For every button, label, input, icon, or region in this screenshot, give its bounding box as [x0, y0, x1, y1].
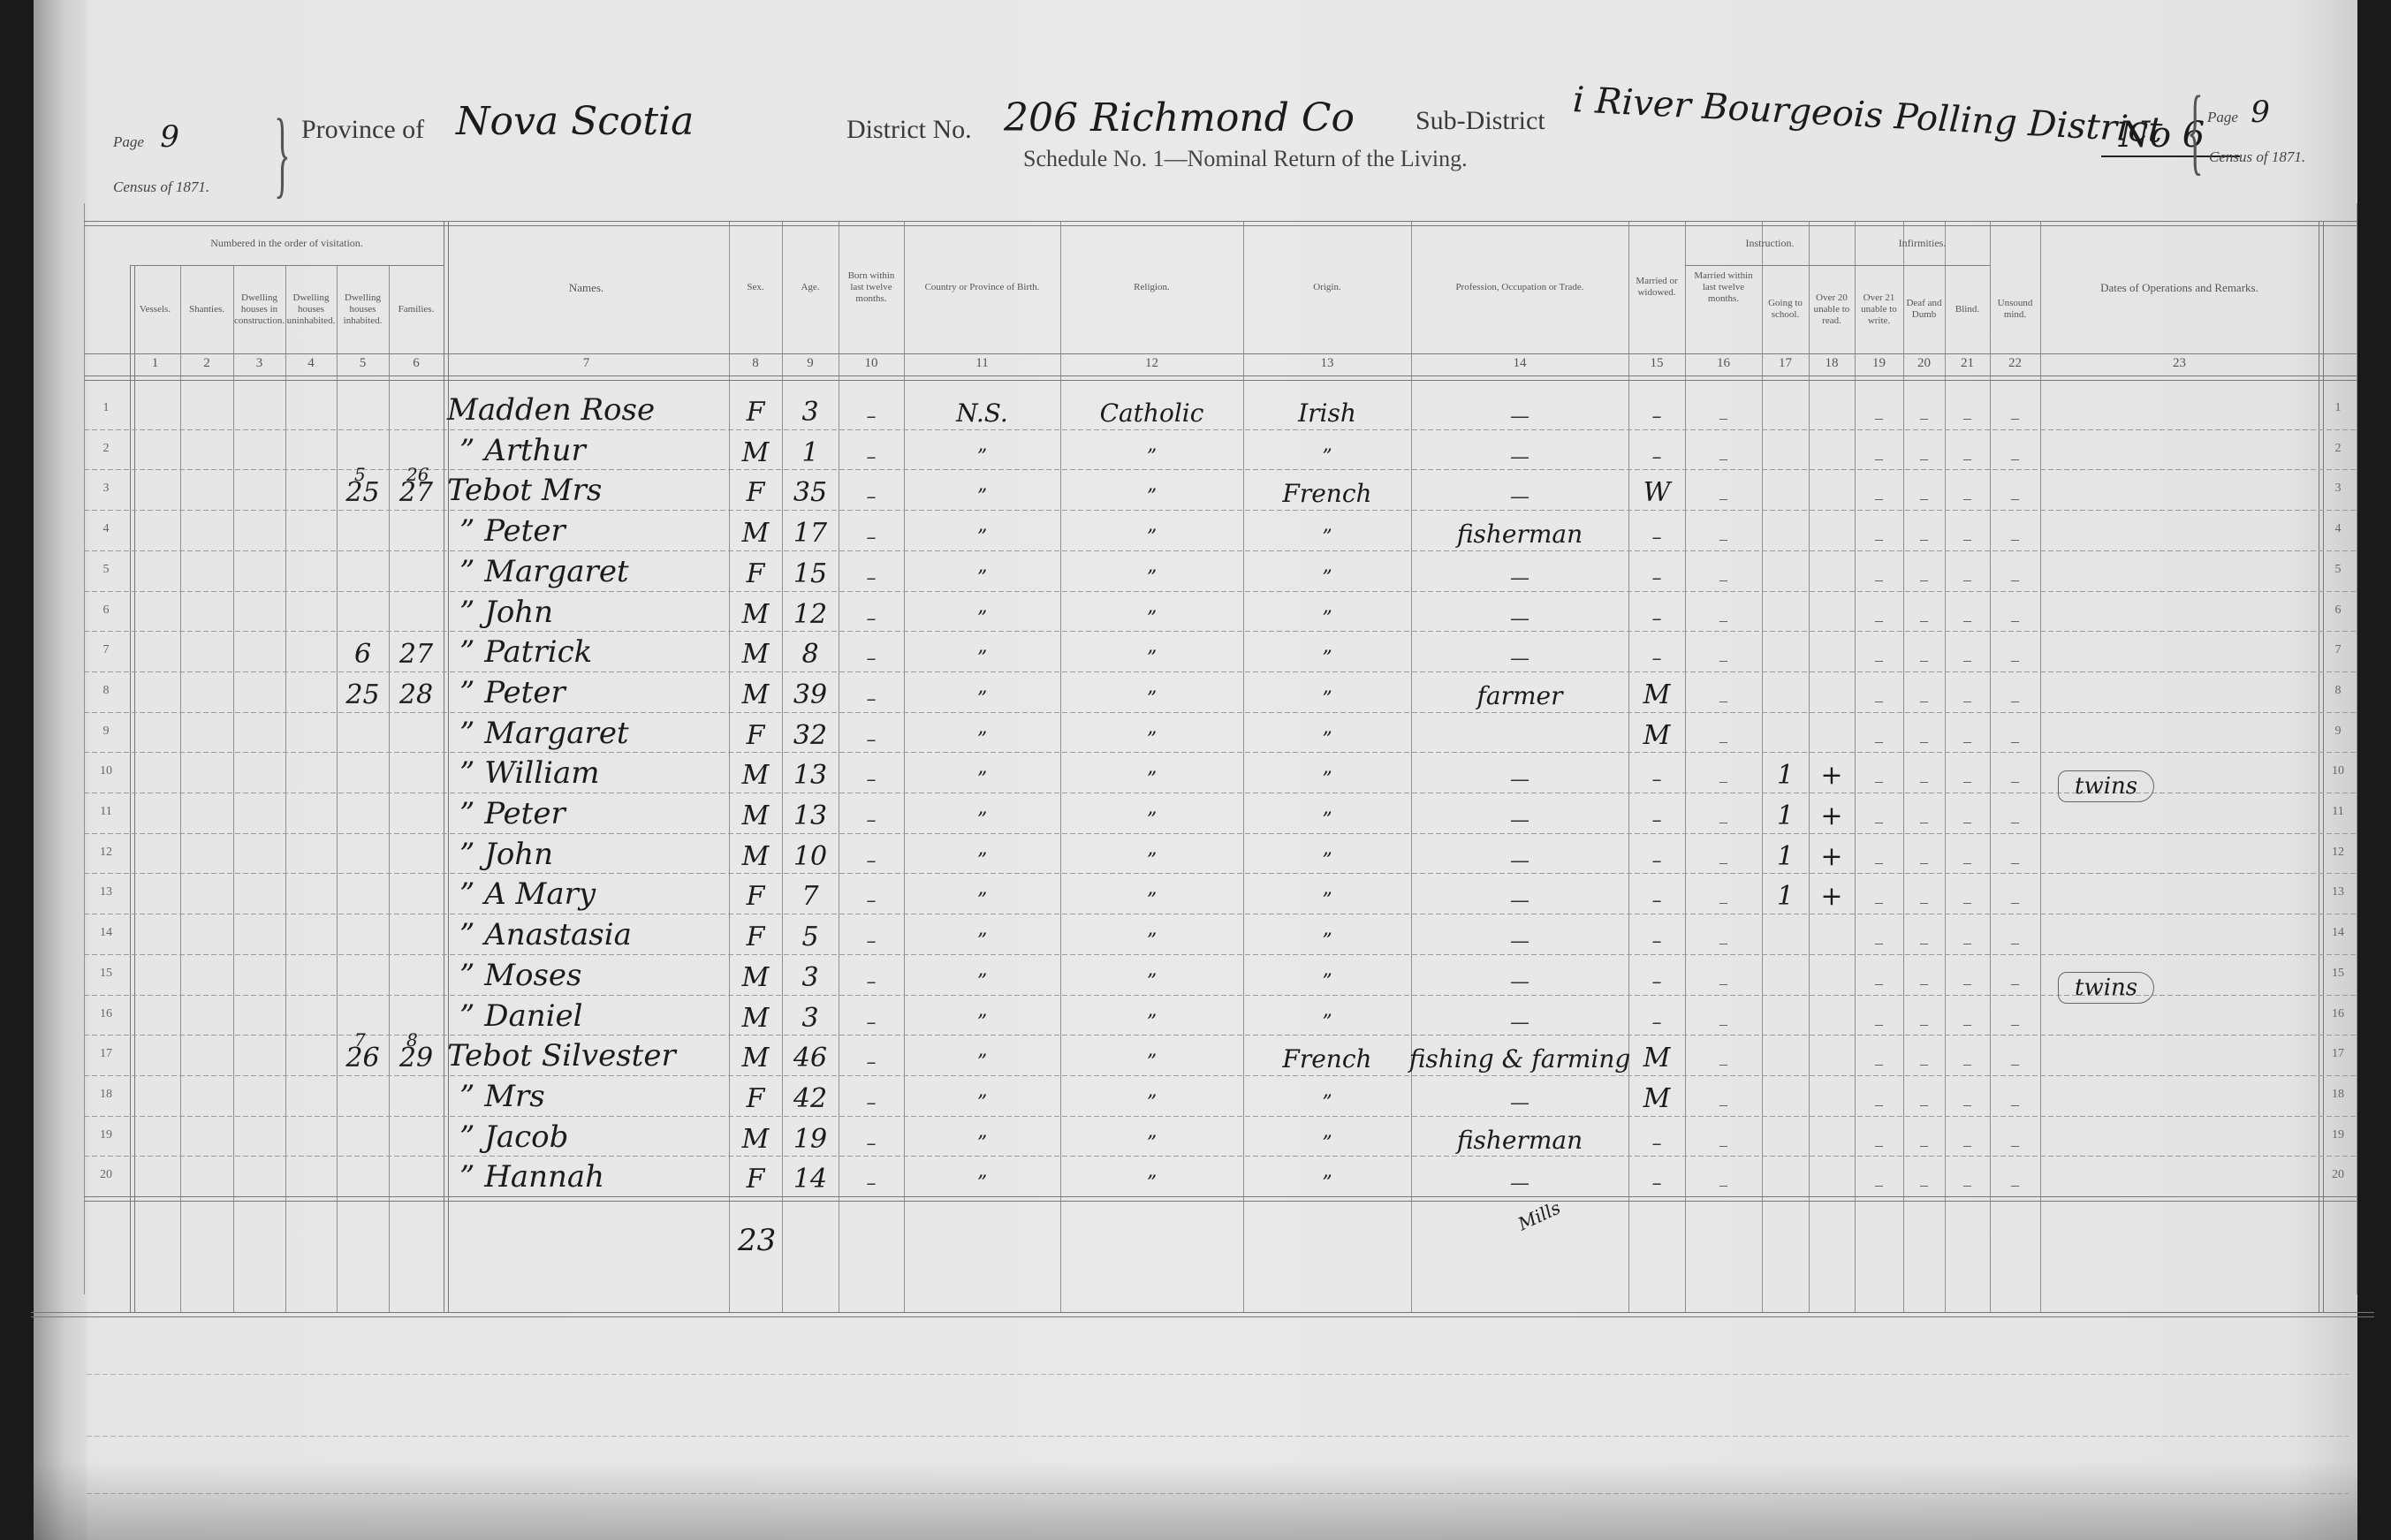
page-shadow	[34, 1460, 2357, 1540]
column-header-22: Unsound mind.	[1992, 265, 2038, 353]
column-header-7: Names.	[445, 221, 727, 353]
cell-empty-dash: –	[1855, 389, 1903, 428]
cell-born-within-year: –	[839, 1035, 904, 1073]
cell-age: 7	[782, 873, 839, 912]
cell-empty-dash: –	[1945, 429, 1990, 468]
cell-empty-dash: –	[1903, 671, 1945, 710]
cell-born-within-year: –	[839, 631, 904, 670]
cell-empty-dash: –	[1903, 752, 1945, 791]
census-table: Numbered in the order of visitation.Inst…	[34, 0, 2357, 1540]
group-header-visitation: Numbered in the order of visitation.	[130, 221, 444, 265]
column-header-20: Deaf and Dumb	[1905, 265, 1943, 353]
cell-sex: M	[729, 671, 782, 710]
cell-occupation: fisherman	[1411, 510, 1628, 549]
cell-name: ” Anastasia	[444, 914, 745, 952]
row-number-left: 1	[88, 401, 124, 415]
column-divider	[2357, 203, 2357, 1294]
cell-origin: ”	[1243, 914, 1411, 952]
cell-over-20-unable-to-read: +	[1809, 752, 1855, 791]
cell-empty-dash: –	[1990, 429, 2040, 468]
cell-empty-dash: –	[1685, 671, 1762, 710]
column-number-9: 9	[782, 356, 839, 371]
row-number-right: 15	[2320, 967, 2356, 981]
column-header-6: Families.	[391, 265, 442, 353]
cell-empty-dash: –	[1903, 1116, 1945, 1155]
cell-empty-dash: –	[1990, 873, 2040, 912]
row-number-left: 7	[88, 643, 124, 657]
cell-empty-dash: –	[1685, 1075, 1762, 1114]
column-number-15: 15	[1628, 356, 1685, 371]
column-header-16: Married within last twelve months.	[1687, 221, 1760, 353]
cell-empty-dash: –	[1855, 1035, 1903, 1073]
cell-birthplace: ”	[904, 1075, 1060, 1114]
cell-empty-dash: –	[1945, 752, 1990, 791]
column-number-5: 5	[337, 356, 389, 371]
cell-religion: ”	[1060, 469, 1243, 508]
cell-occupation: fisherman	[1411, 1116, 1628, 1155]
cell-empty-dash: –	[1855, 954, 1903, 993]
row-number-right: 3	[2320, 482, 2356, 496]
cell-married-status: –	[1628, 793, 1685, 831]
superscript-correction: 8	[406, 1029, 418, 1051]
cell-empty-dash: –	[1685, 833, 1762, 872]
cell-married-status: –	[1628, 995, 1685, 1034]
cell-empty-dash: –	[1855, 752, 1903, 791]
cell-age: 3	[782, 954, 839, 993]
column-number-16: 16	[1685, 356, 1762, 371]
cell-birthplace: ”	[904, 833, 1060, 872]
cell-religion: ”	[1060, 833, 1243, 872]
row-number-right: 14	[2320, 926, 2356, 940]
cell-birthplace: ”	[904, 995, 1060, 1034]
cell-occupation: fishing & farming	[1411, 1035, 1628, 1073]
cell-empty-dash: –	[1855, 995, 1903, 1034]
cell-religion: ”	[1060, 1116, 1243, 1155]
cell-born-within-year: –	[839, 510, 904, 549]
column-header-23: Dates of Operations and Remarks.	[2042, 221, 2317, 353]
cell-empty-dash: –	[1990, 914, 2040, 952]
cell-empty-dash: –	[1990, 550, 2040, 589]
cell-going-to-school: 1	[1762, 833, 1809, 872]
cell-origin: ”	[1243, 429, 1411, 468]
cell-empty-dash: –	[1990, 1116, 2040, 1155]
cell-born-within-year: –	[839, 429, 904, 468]
row-number-left: 9	[88, 724, 124, 739]
cell-birthplace: ”	[904, 591, 1060, 630]
row-number-left: 19	[88, 1128, 124, 1142]
superscript-correction: 7	[354, 1029, 366, 1051]
cell-born-within-year: –	[839, 873, 904, 912]
cell-sex: F	[729, 873, 782, 912]
cell-name: ” Arthur	[444, 429, 745, 468]
row-number-left: 11	[88, 805, 124, 819]
cell-occupation: —	[1411, 469, 1628, 508]
row-number-right: 1	[2320, 401, 2356, 415]
cell-born-within-year: –	[839, 550, 904, 589]
row-number-left: 4	[88, 522, 124, 536]
cell-empty-dash: –	[1903, 510, 1945, 549]
cell-empty-dash: –	[1945, 995, 1990, 1034]
column-number-4: 4	[285, 356, 337, 371]
column-header-9: Age.	[784, 221, 837, 353]
cell-birthplace: ”	[904, 873, 1060, 912]
cell-sex: F	[729, 469, 782, 508]
cell-empty-dash: –	[1945, 914, 1990, 952]
cell-sex: M	[729, 591, 782, 630]
row-number-left: 15	[88, 967, 124, 981]
cell-married-status: –	[1628, 873, 1685, 912]
cell-going-to-school: 1	[1762, 873, 1809, 912]
cell-married-status: M	[1628, 1075, 1685, 1114]
cell-age: 8	[782, 631, 839, 670]
cell-dwelling-number: 25	[337, 671, 389, 710]
cell-religion: ”	[1060, 873, 1243, 912]
cell-occupation: —	[1411, 1156, 1628, 1195]
column-header-12: Religion.	[1062, 221, 1241, 353]
cell-sex: M	[729, 429, 782, 468]
cell-empty-dash: –	[1685, 995, 1762, 1034]
cell-empty-dash: –	[1990, 752, 2040, 791]
cell-occupation: —	[1411, 873, 1628, 912]
column-header-13: Origin.	[1245, 221, 1409, 353]
cell-age: 35	[782, 469, 839, 508]
cell-born-within-year: –	[839, 1116, 904, 1155]
cell-born-within-year: –	[839, 752, 904, 791]
cell-origin: ”	[1243, 1075, 1411, 1114]
column-header-10: Born within last twelve months.	[840, 221, 902, 353]
cell-occupation: —	[1411, 954, 1628, 993]
cell-married-status: –	[1628, 752, 1685, 791]
cell-occupation: —	[1411, 752, 1628, 791]
cell-born-within-year: –	[839, 833, 904, 872]
cell-sex: M	[729, 995, 782, 1034]
cell-occupation: —	[1411, 995, 1628, 1034]
cell-age: 13	[782, 793, 839, 831]
cell-origin: French	[1243, 469, 1411, 508]
cell-empty-dash: –	[1903, 389, 1945, 428]
column-header-1: Vessels.	[132, 265, 178, 353]
cell-empty-dash: –	[1903, 1035, 1945, 1073]
cell-name: ” A Mary	[444, 873, 745, 912]
cell-name: ” Hannah	[444, 1156, 745, 1195]
cell-name: ” Margaret	[444, 550, 745, 589]
cell-birthplace: ”	[904, 510, 1060, 549]
cell-empty-dash: –	[1990, 1035, 2040, 1073]
cell-birthplace: ”	[904, 1156, 1060, 1195]
cell-origin: French	[1243, 1035, 1411, 1073]
cell-going-to-school: 1	[1762, 793, 1809, 831]
cell-occupation: —	[1411, 550, 1628, 589]
cell-age: 42	[782, 1075, 839, 1114]
cell-empty-dash: –	[1685, 752, 1762, 791]
cell-age: 3	[782, 995, 839, 1034]
cell-sex: F	[729, 914, 782, 952]
row-number-left: 8	[88, 684, 124, 698]
cell-age: 15	[782, 550, 839, 589]
cell-sex: F	[729, 1075, 782, 1114]
cell-married-status: –	[1628, 510, 1685, 549]
cell-empty-dash: –	[1903, 954, 1945, 993]
row-number-right: 5	[2320, 563, 2356, 577]
cell-married-status: W	[1628, 469, 1685, 508]
cell-name: ” Peter	[444, 793, 745, 831]
cell-family-number: 28	[389, 671, 444, 710]
row-number-right: 17	[2320, 1047, 2356, 1061]
cell-religion: ”	[1060, 550, 1243, 589]
row-number-right: 7	[2320, 643, 2356, 657]
column-number-22: 22	[1990, 356, 2040, 371]
cell-religion: ”	[1060, 1156, 1243, 1195]
cell-religion: ”	[1060, 1035, 1243, 1073]
cell-married-status: –	[1628, 631, 1685, 670]
cell-origin: ”	[1243, 591, 1411, 630]
column-divider	[84, 203, 85, 1294]
cell-empty-dash: –	[1990, 793, 2040, 831]
cell-empty-dash: –	[1945, 793, 1990, 831]
cell-empty-dash: –	[1903, 914, 1945, 952]
cell-empty-dash: –	[1903, 429, 1945, 468]
column-number-7: 7	[444, 356, 729, 371]
row-number-left: 16	[88, 1007, 124, 1021]
column-header-11: Country or Province of Birth.	[906, 221, 1059, 353]
cell-birthplace: N.S.	[904, 389, 1060, 428]
cell-going-to-school: 1	[1762, 752, 1809, 791]
cell-empty-dash: –	[1990, 1156, 2040, 1195]
cell-age: 46	[782, 1035, 839, 1073]
cell-age: 5	[782, 914, 839, 952]
cell-empty-dash: –	[1903, 469, 1945, 508]
cell-empty-dash: –	[1903, 793, 1945, 831]
cell-married-status: –	[1628, 591, 1685, 630]
cell-religion: ”	[1060, 954, 1243, 993]
cell-origin: ”	[1243, 712, 1411, 751]
cell-empty-dash: –	[1855, 429, 1903, 468]
cell-married-status: –	[1628, 954, 1685, 993]
cell-empty-dash: –	[1685, 954, 1762, 993]
cell-empty-dash: –	[1945, 469, 1990, 508]
cell-sex: F	[729, 1156, 782, 1195]
cell-empty-dash: –	[1945, 510, 1990, 549]
cell-name: ” Peter	[444, 671, 745, 710]
cell-empty-dash: –	[1903, 591, 1945, 630]
group-header-infirmities: Infirmities.	[1855, 221, 1990, 265]
cell-empty-dash: –	[1685, 389, 1762, 428]
row-number-right: 20	[2320, 1168, 2356, 1182]
cell-name: ” Patrick	[444, 631, 745, 670]
cell-empty-dash: –	[1685, 510, 1762, 549]
cell-married-status: –	[1628, 550, 1685, 589]
cell-empty-dash: –	[1685, 469, 1762, 508]
cell-over-20-unable-to-read: +	[1809, 793, 1855, 831]
cell-age: 1	[782, 429, 839, 468]
cell-name: ” William	[444, 752, 745, 791]
cell-name: Tebot Silvester	[444, 1035, 732, 1073]
column-number-13: 13	[1243, 356, 1411, 371]
cell-empty-dash: –	[1945, 1035, 1990, 1073]
cell-empty-dash: –	[1990, 712, 2040, 751]
cell-age: 32	[782, 712, 839, 751]
colnum-top-border	[84, 353, 2357, 354]
cell-sex: M	[729, 833, 782, 872]
cell-sex: F	[729, 712, 782, 751]
cell-born-within-year: –	[839, 914, 904, 952]
cell-empty-dash: –	[1990, 591, 2040, 630]
row-number-left: 18	[88, 1088, 124, 1102]
row-number-left: 3	[88, 482, 124, 496]
cell-empty-dash: –	[1945, 1156, 1990, 1195]
cell-empty-dash: –	[1945, 712, 1990, 751]
cell-married-status: –	[1628, 429, 1685, 468]
cell-age: 12	[782, 591, 839, 630]
column-number-20: 20	[1903, 356, 1945, 371]
cell-occupation: —	[1411, 914, 1628, 952]
ruled-line	[87, 1436, 2349, 1437]
cell-empty-dash: –	[1685, 550, 1762, 589]
cell-empty-dash: –	[1990, 631, 2040, 670]
total-persons: 23	[738, 1223, 776, 1258]
cell-sex: M	[729, 1035, 782, 1073]
row-number-right: 4	[2320, 522, 2356, 536]
row-number-left: 10	[88, 764, 124, 778]
row-number-left: 13	[88, 885, 124, 899]
column-number-23: 23	[2040, 356, 2319, 371]
cell-birthplace: ”	[904, 550, 1060, 589]
cell-married-status: –	[1628, 1156, 1685, 1195]
cell-empty-dash: –	[1903, 1075, 1945, 1114]
cell-occupation: —	[1411, 793, 1628, 831]
cell-empty-dash: –	[1855, 1075, 1903, 1114]
cell-born-within-year: –	[839, 1075, 904, 1114]
cell-origin: ”	[1243, 631, 1411, 670]
cell-name: Tebot Mrs	[444, 469, 732, 508]
row-number-left: 2	[88, 442, 124, 456]
cell-born-within-year: –	[839, 469, 904, 508]
cell-empty-dash: –	[1945, 833, 1990, 872]
cell-empty-dash: –	[1945, 631, 1990, 670]
column-header-18: Over 20 unable to read.	[1810, 265, 1853, 353]
cell-religion: Catholic	[1060, 389, 1243, 428]
cell-married-status: –	[1628, 914, 1685, 952]
cell-age: 10	[782, 833, 839, 872]
cell-religion: ”	[1060, 510, 1243, 549]
cell-empty-dash: –	[1685, 1156, 1762, 1195]
cell-empty-dash: –	[1945, 671, 1990, 710]
cell-origin: ”	[1243, 510, 1411, 549]
cell-empty-dash: –	[1990, 469, 2040, 508]
cell-empty-dash: –	[1685, 429, 1762, 468]
cell-age: 17	[782, 510, 839, 549]
cell-empty-dash: –	[1945, 591, 1990, 630]
cell-empty-dash: –	[1685, 914, 1762, 952]
cell-name: ” Moses	[444, 954, 745, 993]
cell-born-within-year: –	[839, 954, 904, 993]
cell-empty-dash: –	[1903, 631, 1945, 670]
cell-empty-dash: –	[1990, 833, 2040, 872]
column-number-8: 8	[729, 356, 782, 371]
row-number-left: 5	[88, 563, 124, 577]
cell-origin: ”	[1243, 954, 1411, 993]
cell-age: 39	[782, 671, 839, 710]
cell-occupation: —	[1411, 631, 1628, 670]
cell-birthplace: ”	[904, 1116, 1060, 1155]
row-number-right: 6	[2320, 603, 2356, 618]
cell-religion: ”	[1060, 914, 1243, 952]
cell-empty-dash: –	[1903, 712, 1945, 751]
cell-empty-dash: –	[1855, 873, 1903, 912]
cell-empty-dash: –	[1855, 712, 1903, 751]
column-number-2: 2	[180, 356, 233, 371]
totals-top-border	[84, 1196, 2357, 1202]
cell-occupation: —	[1411, 429, 1628, 468]
column-header-15: Married or widowed.	[1630, 221, 1683, 353]
cell-sex: M	[729, 752, 782, 791]
cell-religion: ”	[1060, 995, 1243, 1034]
cell-name: ” Margaret	[444, 712, 745, 751]
column-number-17: 17	[1762, 356, 1809, 371]
cell-married-status: M	[1628, 1035, 1685, 1073]
column-header-2: Shanties.	[182, 265, 232, 353]
cell-empty-dash: –	[1945, 389, 1990, 428]
cell-empty-dash: –	[1855, 510, 1903, 549]
cell-religion: ”	[1060, 793, 1243, 831]
column-number-3: 3	[233, 356, 285, 371]
cell-empty-dash: –	[1685, 591, 1762, 630]
cell-birthplace: ”	[904, 712, 1060, 751]
cell-empty-dash: –	[1855, 1116, 1903, 1155]
cell-origin: ”	[1243, 752, 1411, 791]
cell-occupation: —	[1411, 591, 1628, 630]
cell-empty-dash: –	[1685, 1035, 1762, 1073]
cell-empty-dash: –	[1855, 631, 1903, 670]
cell-empty-dash: –	[1990, 1075, 2040, 1114]
cell-origin: ”	[1243, 873, 1411, 912]
column-number-18: 18	[1809, 356, 1855, 371]
cell-birthplace: ”	[904, 1035, 1060, 1073]
cell-empty-dash: –	[1855, 833, 1903, 872]
cell-religion: ”	[1060, 429, 1243, 468]
table-bottom-border	[31, 1312, 2374, 1317]
colnum-bottom-border	[84, 376, 2357, 381]
cell-religion: ”	[1060, 712, 1243, 751]
cell-empty-dash: –	[1685, 873, 1762, 912]
cell-birthplace: ”	[904, 631, 1060, 670]
cell-born-within-year: –	[839, 712, 904, 751]
cell-married-status: M	[1628, 712, 1685, 751]
cell-age: 13	[782, 752, 839, 791]
row-number-right: 19	[2320, 1128, 2356, 1142]
column-number-10: 10	[839, 356, 904, 371]
cell-name: ” Daniel	[444, 995, 745, 1034]
cell-born-within-year: –	[839, 389, 904, 428]
cell-sex: M	[729, 793, 782, 831]
cell-sex: M	[729, 631, 782, 670]
cell-origin: ”	[1243, 1156, 1411, 1195]
cell-religion: ”	[1060, 671, 1243, 710]
cell-sex: M	[729, 954, 782, 993]
cell-born-within-year: –	[839, 591, 904, 630]
ruled-line	[87, 1374, 2349, 1375]
cell-name: ” John	[444, 833, 745, 872]
census-page: Page 9 Census of 1871. } Province of Nov…	[34, 0, 2357, 1540]
row-number-left: 20	[88, 1168, 124, 1182]
cell-occupation: farmer	[1411, 671, 1628, 710]
cell-religion: ”	[1060, 1075, 1243, 1114]
column-header-8: Sex.	[731, 221, 780, 353]
column-number-21: 21	[1945, 356, 1990, 371]
cell-married-status: M	[1628, 671, 1685, 710]
cell-married-status: –	[1628, 389, 1685, 428]
cell-name: ” John	[444, 591, 745, 630]
